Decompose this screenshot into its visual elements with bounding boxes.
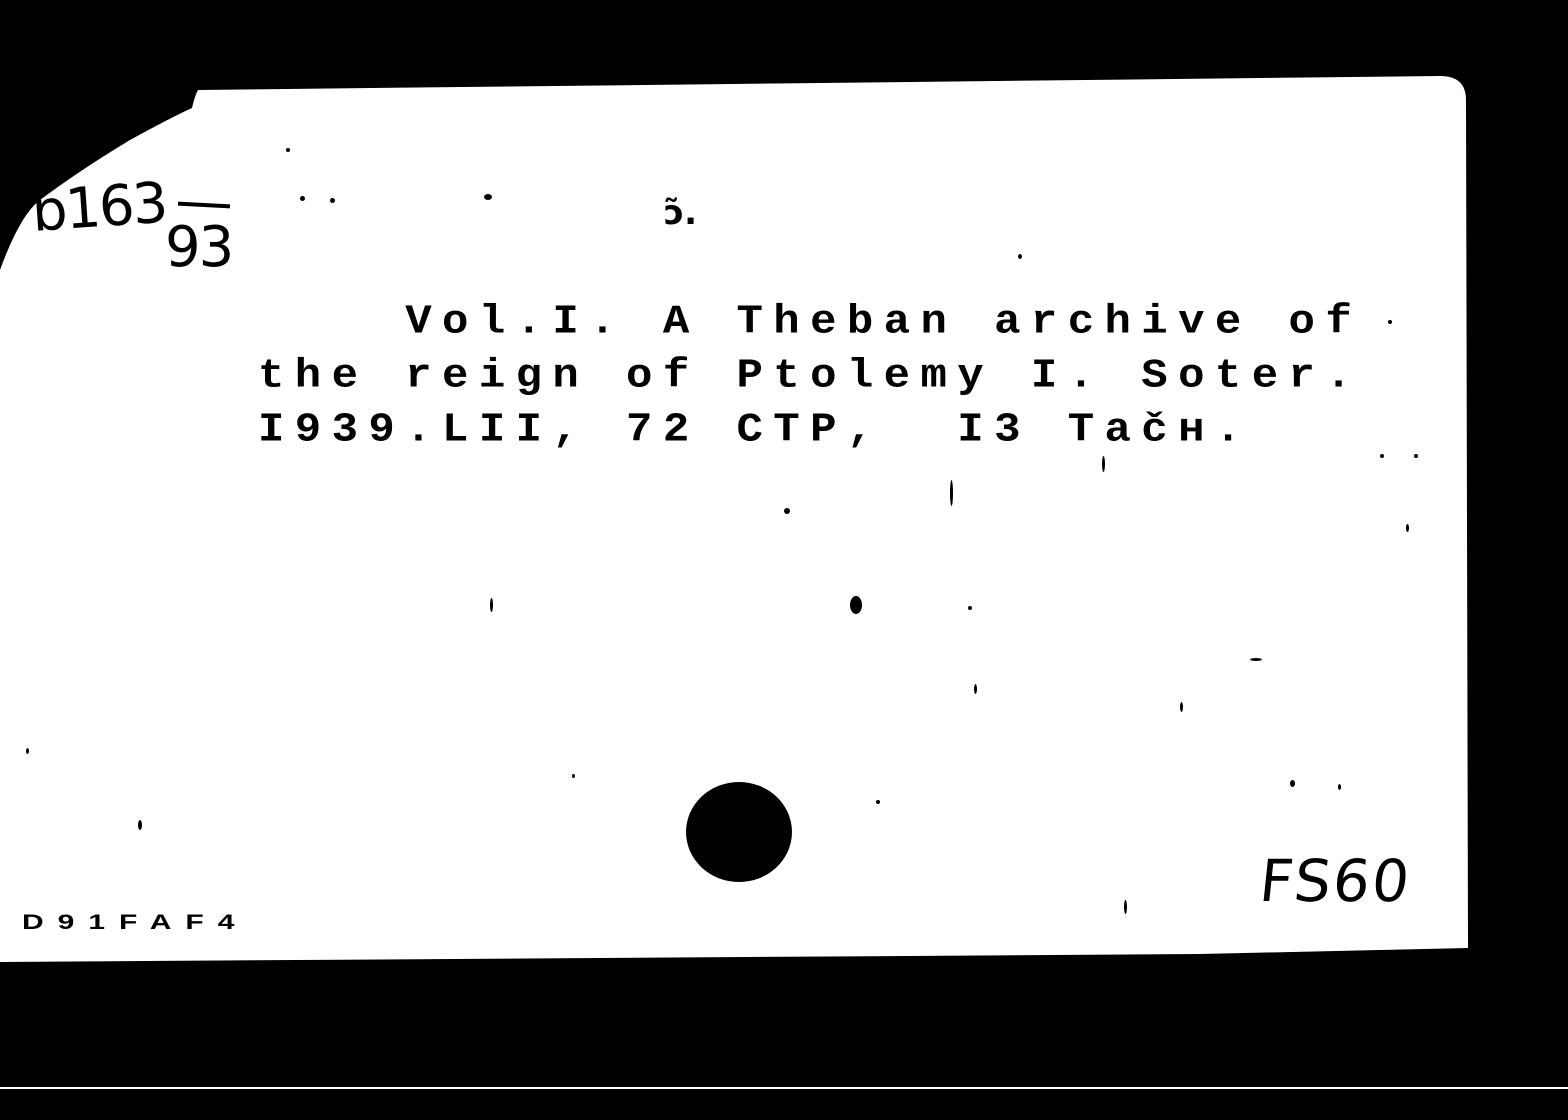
- speck: [1250, 658, 1262, 661]
- speck: [968, 606, 972, 610]
- speck: [286, 148, 290, 152]
- punch-hole: [686, 782, 792, 882]
- speck: [1124, 900, 1127, 914]
- speck: [1102, 456, 1105, 472]
- speck: [26, 748, 29, 754]
- speck: [784, 508, 790, 514]
- speck: [1018, 254, 1022, 259]
- scanned-page: ɒ163 93 ɔ̃. Vol.I. A Theban archive of t…: [0, 0, 1568, 1120]
- typed-line-title: Vol.I. A Theban archive of: [258, 302, 1362, 342]
- speck: [330, 198, 335, 203]
- speck: [974, 684, 977, 694]
- speck: [1414, 454, 1418, 458]
- speck: [572, 774, 575, 778]
- speck: [1380, 454, 1384, 458]
- stamp-code: D91FAF4: [22, 912, 248, 933]
- speck: [1338, 784, 1341, 790]
- speck: [1180, 702, 1183, 712]
- typed-line-subtitle: the reign of Ptolemy I. Soter.: [258, 356, 1362, 396]
- speck: [1290, 780, 1295, 787]
- call-number: ɒ163: [30, 176, 168, 241]
- speck: [1388, 320, 1392, 324]
- speck: [1406, 524, 1409, 532]
- catalog-card: [0, 0, 1568, 1120]
- speck: [490, 598, 493, 612]
- speck: [950, 480, 953, 506]
- call-number-subscript: 93: [165, 220, 232, 276]
- typed-line-imprint: I939.LII, 72 CTP, I3 Tačн.: [258, 410, 1252, 450]
- speck: [850, 596, 862, 614]
- speck: [138, 820, 142, 830]
- speck: [300, 196, 305, 201]
- shelf-mark: FS60: [1257, 852, 1414, 910]
- scan-edge-line: [0, 1087, 1568, 1089]
- speck: [876, 800, 880, 804]
- speck: [484, 194, 492, 200]
- top-mark: ɔ̃.: [664, 196, 697, 230]
